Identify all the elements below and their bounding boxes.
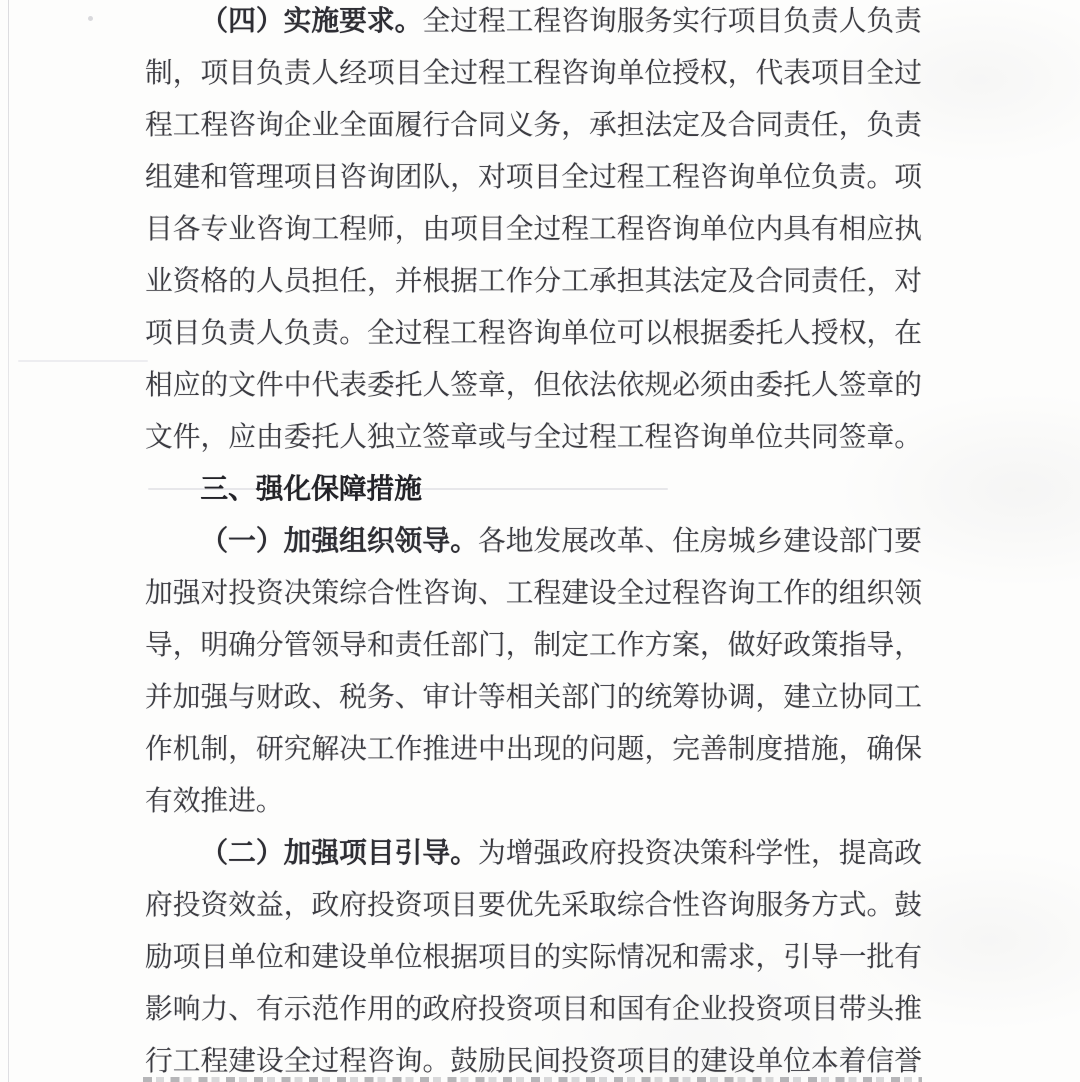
text-line: 组建和管理项目咨询团队，对项目全过程工程咨询单位负责。项 xyxy=(145,151,922,203)
cutoff-next-line-artifact xyxy=(143,1077,922,1082)
paragraph-lead: （二）加强项目引导。 xyxy=(200,837,478,868)
text-line: 导，明确分管领导和责任部门，制定工作方案，做好政策指导， xyxy=(145,619,922,671)
text-line-body: 全过程工程咨询服务实行项目负责人负责 xyxy=(422,5,922,36)
scan-edge-line xyxy=(8,0,9,1082)
paragraph-lead: （四）实施要求。 xyxy=(200,5,422,36)
text-line: 制，项目负责人经项目全过程工程咨询单位授权，代表项目全过 xyxy=(145,47,922,99)
text-line: 业资格的人员担任，并根据工作分工承担其法定及合同责任，对 xyxy=(145,255,922,307)
text-line: （二）加强项目引导。为增强政府投资决策科学性，提高政 xyxy=(145,827,922,879)
text-line-body: 各地发展改革、住房城乡建设部门要 xyxy=(478,525,922,556)
text-line: 项目负责人负责。全过程工程咨询单位可以根据委托人授权，在 xyxy=(145,307,922,359)
scanned-page: （四）实施要求。全过程工程咨询服务实行项目负责人负责 制，项目负责人经项目全过程… xyxy=(0,0,1080,1082)
text-line: 文件，应由委托人独立签章或与全过程工程咨询单位共同签章。 xyxy=(145,411,922,463)
text-line: 作机制，研究解决工作推进中出现的问题，完善制度措施，确保 xyxy=(145,723,922,775)
text-line: 并加强与财政、税务、审计等相关部门的统筹协调，建立协同工 xyxy=(145,671,922,723)
text-line: 目各专业咨询工程师，由项目全过程工程咨询单位内具有相应执 xyxy=(145,203,922,255)
section-heading: 三、强化保障措施 xyxy=(145,463,922,515)
paragraph-lead: （一）加强组织领导。 xyxy=(200,525,478,556)
text-line: 加强对投资决策综合性咨询、工程建设全过程咨询工作的组织领 xyxy=(145,567,922,619)
text-line: 有效推进。 xyxy=(145,775,922,827)
text-line-body: 为增强政府投资决策科学性，提高政 xyxy=(478,837,922,868)
text-line: 程工程咨询企业全面履行合同义务，承担法定及合同责任，负责 xyxy=(145,99,922,151)
document-text-column: （四）实施要求。全过程工程咨询服务实行项目负责人负责 制，项目负责人经项目全过程… xyxy=(145,0,922,1082)
text-line: 府投资效益，政府投资项目要优先采取综合性咨询服务方式。鼓 xyxy=(145,879,922,931)
text-line: 行工程建设全过程咨询。鼓励民间投资项目的建设单位本着信誉 xyxy=(145,1035,922,1082)
text-line: 相应的文件中代表委托人签章，但依法依规必须由委托人签章的 xyxy=(145,359,922,411)
scan-artifact-line xyxy=(18,360,148,362)
text-line: 励项目单位和建设单位根据项目的实际情况和需求，引导一批有 xyxy=(145,931,922,983)
text-line: 影响力、有示范作用的政府投资项目和国有企业投资项目带头推 xyxy=(145,983,922,1035)
scan-speck xyxy=(88,16,93,21)
text-line: （一）加强组织领导。各地发展改革、住房城乡建设部门要 xyxy=(145,515,922,567)
text-line: （四）实施要求。全过程工程咨询服务实行项目负责人负责 xyxy=(145,0,922,47)
